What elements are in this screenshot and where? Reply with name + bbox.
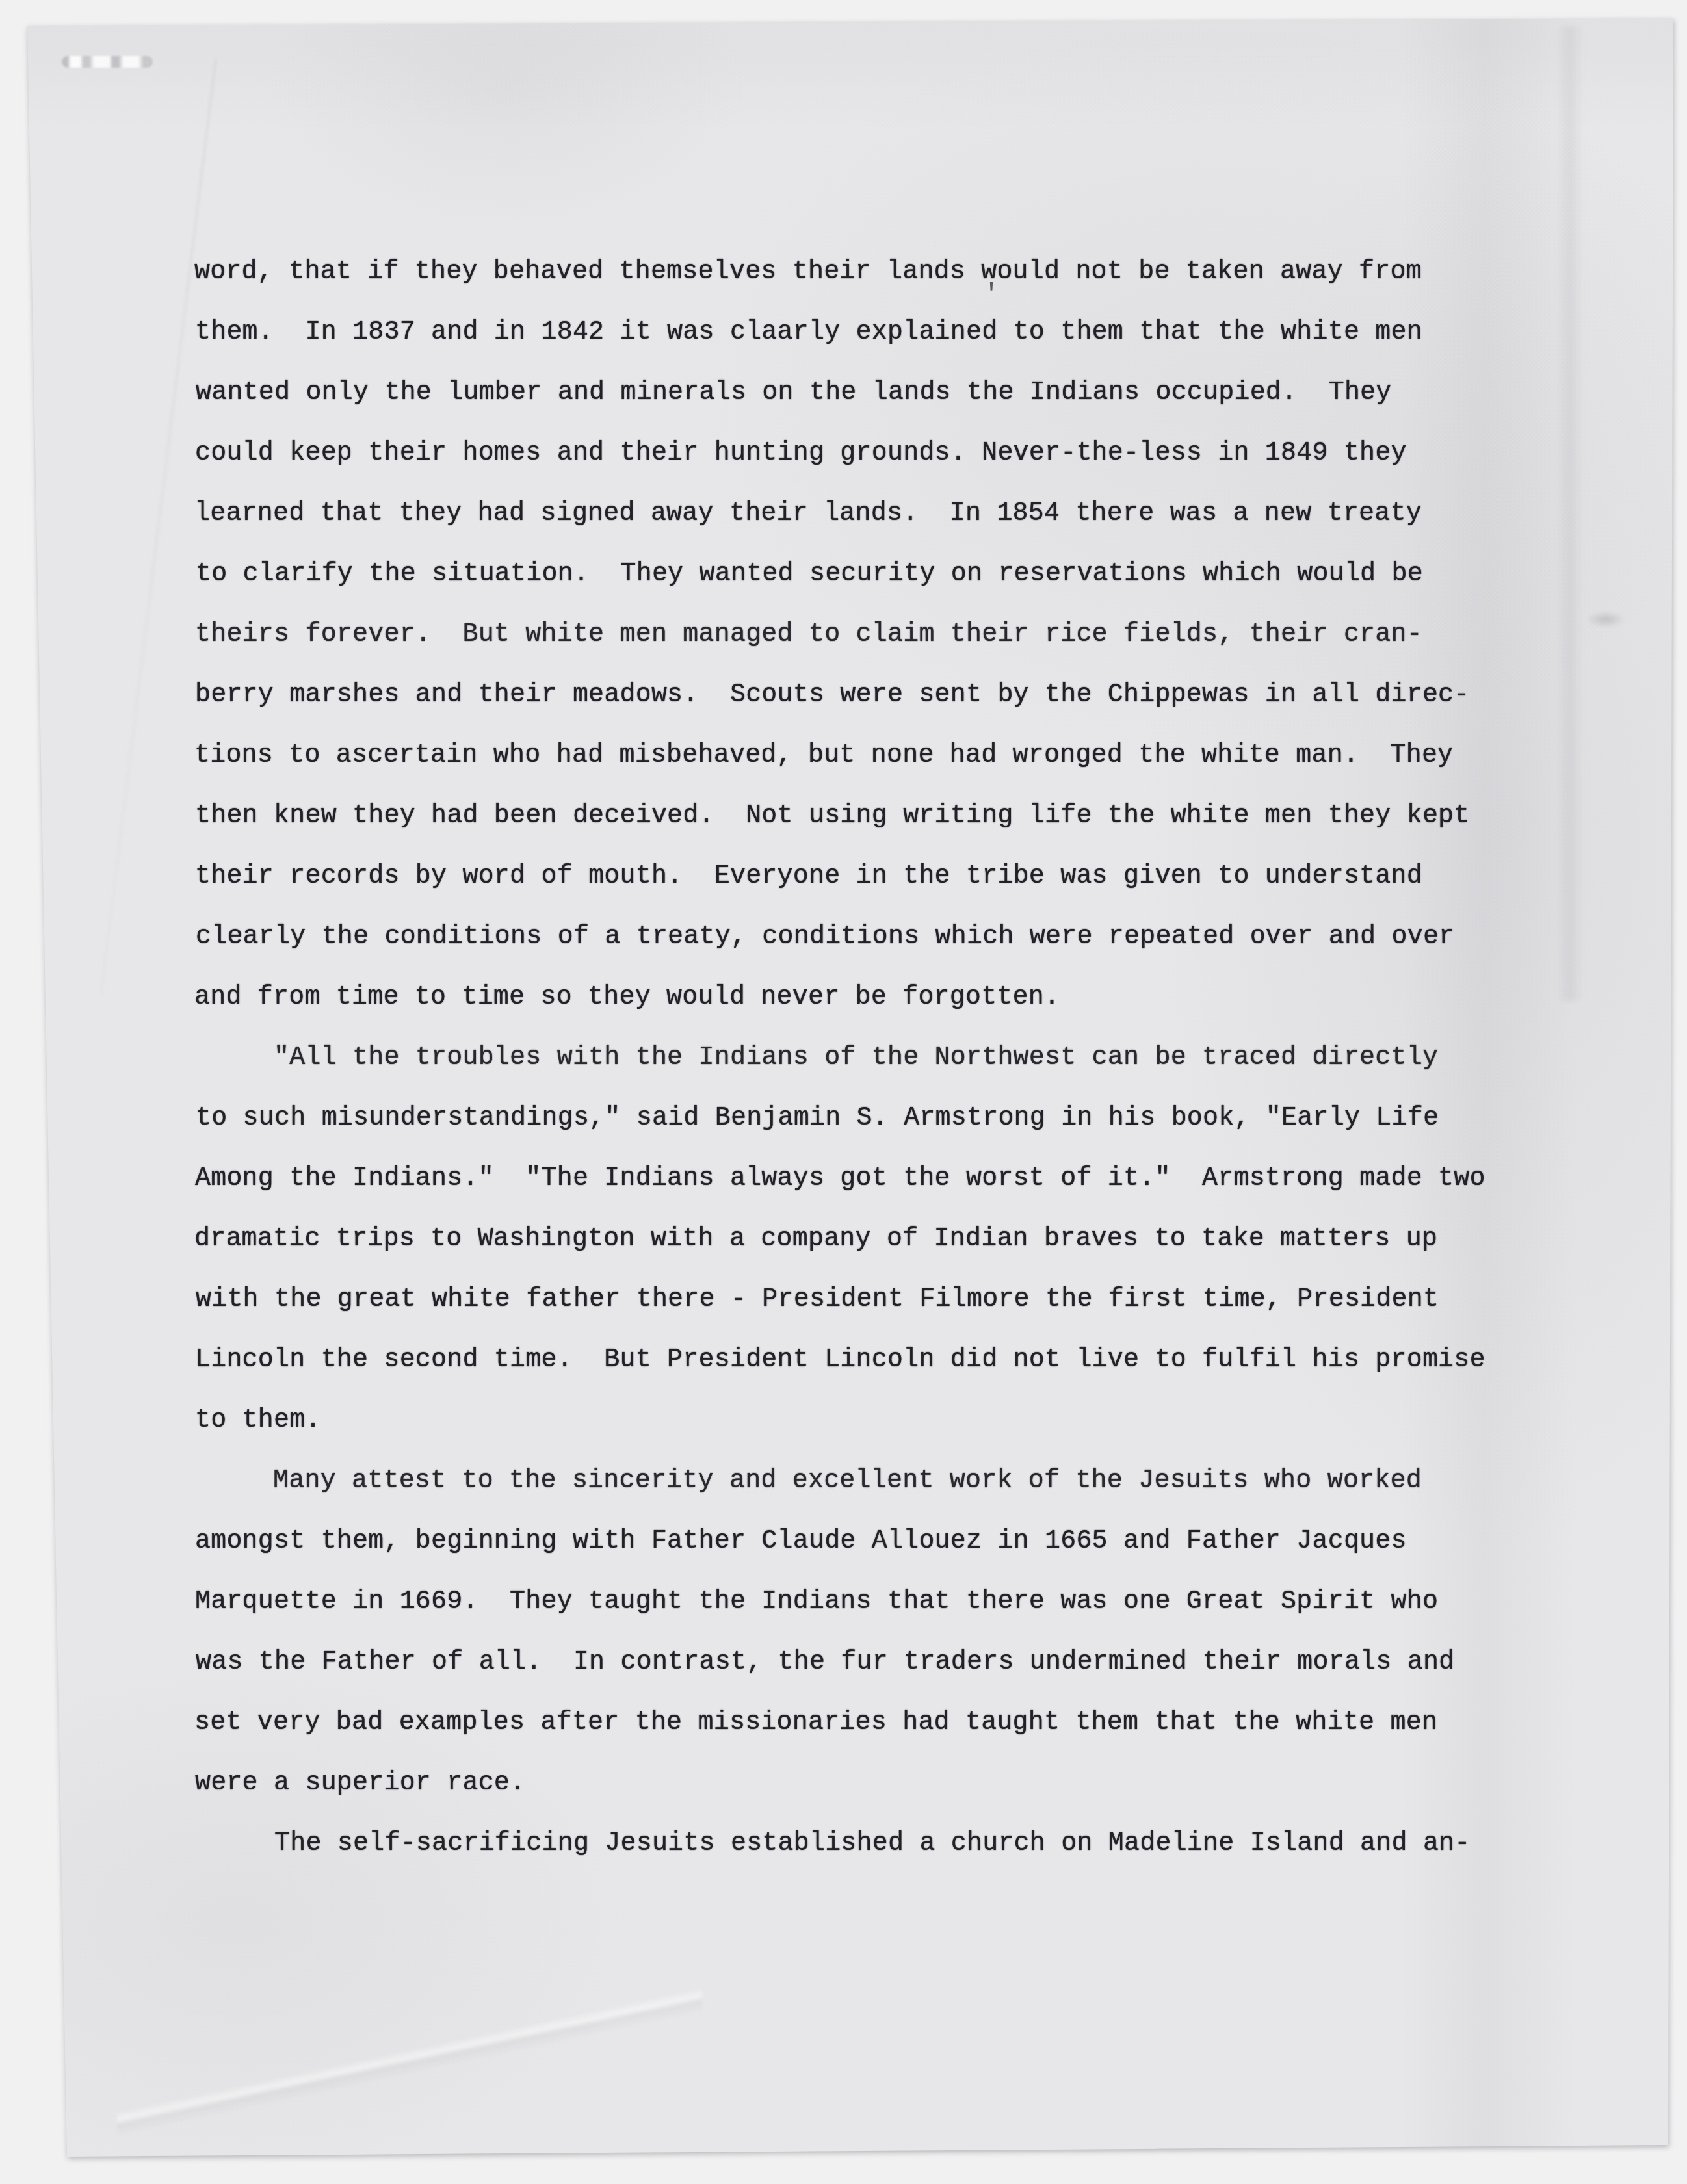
vertical-fold-shading — [1557, 26, 1583, 1001]
text-line: learned that they had signed away their … — [194, 484, 1485, 544]
text-line: amongst them, beginning with Father Clau… — [195, 1511, 1485, 1572]
text-line: then knew they had been deceived. Not us… — [195, 786, 1485, 846]
text-line: them. In 1837 and in 1842 it was claarly… — [195, 302, 1485, 363]
text-line: could keep their homes and their hunting… — [195, 423, 1485, 484]
text-line: The self-sacrificing Jesuits established… — [196, 1813, 1486, 1874]
text-line: was the Father of all. In contrast, the … — [196, 1632, 1486, 1693]
text-line: clearly the conditions of a treaty, cond… — [196, 907, 1486, 967]
text-line: word, that if they behaved themselves th… — [194, 242, 1485, 302]
text-line: to such misunderstandings," said Benjami… — [196, 1088, 1486, 1149]
text-line: dramatic trips to Washington with a comp… — [194, 1209, 1485, 1269]
scanner-background: ' word, that if they behaved themselves … — [0, 0, 1687, 2184]
text-line: "All the troubles with the Indians of th… — [195, 1028, 1485, 1088]
wrinkle-mark — [117, 1982, 702, 2138]
text-line: tions to ascertain who had misbehaved, b… — [194, 725, 1485, 786]
text-line: Lincoln the second time. But President L… — [195, 1330, 1485, 1390]
paper-shadow-wrap: ' word, that if they behaved themselves … — [0, 0, 1687, 2184]
text-line: Marquette in 1669. They taught the India… — [195, 1572, 1485, 1632]
text-line: to clarify the situation. They wanted se… — [196, 544, 1486, 604]
text-line: theirs forever. But white men managed to… — [195, 604, 1485, 665]
staple-crease-mark — [62, 56, 153, 68]
typewritten-text-block: word, that if they behaved themselves th… — [195, 242, 1485, 1874]
text-line: were a superior race. — [195, 1753, 1485, 1813]
text-line: berry marshes and their meadows. Scouts … — [195, 665, 1485, 725]
text-line: their records by word of mouth. Everyone… — [195, 846, 1485, 907]
text-line: and from time to time so they would neve… — [194, 967, 1485, 1028]
text-line: wanted only the lumber and minerals on t… — [196, 363, 1486, 423]
text-line: Among the Indians." "The Indians always … — [195, 1149, 1485, 1209]
paper-sheet: ' word, that if they behaved themselves … — [0, 0, 1687, 2184]
text-line: to them. — [195, 1390, 1485, 1451]
text-line: Many attest to the sincerity and excelle… — [194, 1451, 1485, 1511]
text-line: with the great white father there - Pres… — [196, 1269, 1486, 1330]
text-line: set very bad examples after the missiona… — [194, 1693, 1485, 1753]
smudge-mark — [1586, 611, 1625, 628]
